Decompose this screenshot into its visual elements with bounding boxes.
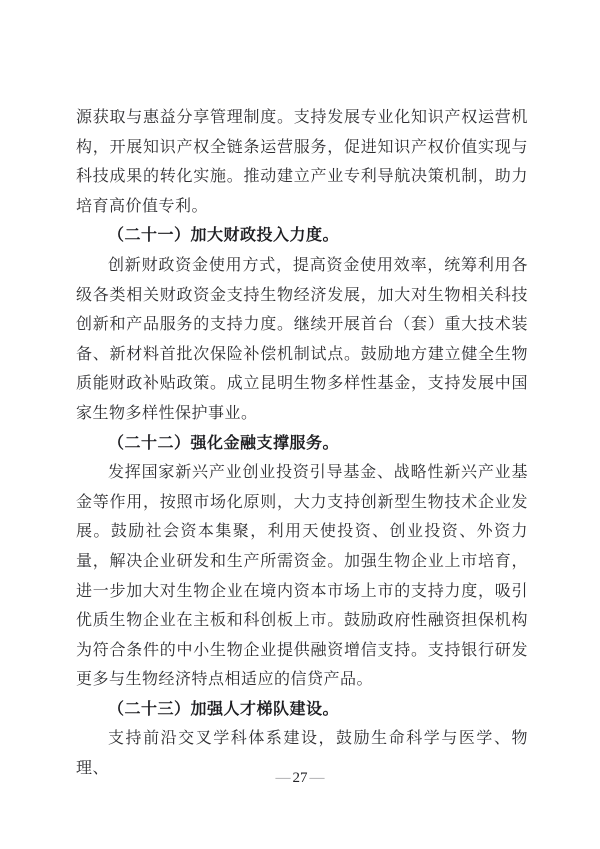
page-number: 27 <box>293 770 308 786</box>
section-heading: （二十一）加大财政投入力度。 <box>76 221 528 251</box>
paragraph: 创新财政资金使用方式，提高资金使用效率，统筹利用各级各类相关财政资金支持生物经济… <box>76 251 528 429</box>
footer-dash-right: — <box>310 770 325 786</box>
document-body: 源获取与惠益分享管理制度。支持发展专业化知识产权运营机构，开展知识产权全链条运营… <box>76 103 528 784</box>
paragraph: 源获取与惠益分享管理制度。支持发展专业化知识产权运营机构，开展知识产权全链条运营… <box>76 103 528 221</box>
page-footer: —27— <box>0 769 600 787</box>
paragraph: 发挥国家新兴产业创业投资引导基金、战略性新兴产业基金等作用，按照市场化原则，大力… <box>76 458 528 695</box>
document-page: 源获取与惠益分享管理制度。支持发展专业化知识产权运营机构，开展知识产权全链条运营… <box>0 0 600 849</box>
section-heading: （二十二）强化金融支撑服务。 <box>76 429 528 459</box>
footer-dash-left: — <box>276 770 291 786</box>
section-heading: （二十三）加强人才梯队建设。 <box>76 695 528 725</box>
